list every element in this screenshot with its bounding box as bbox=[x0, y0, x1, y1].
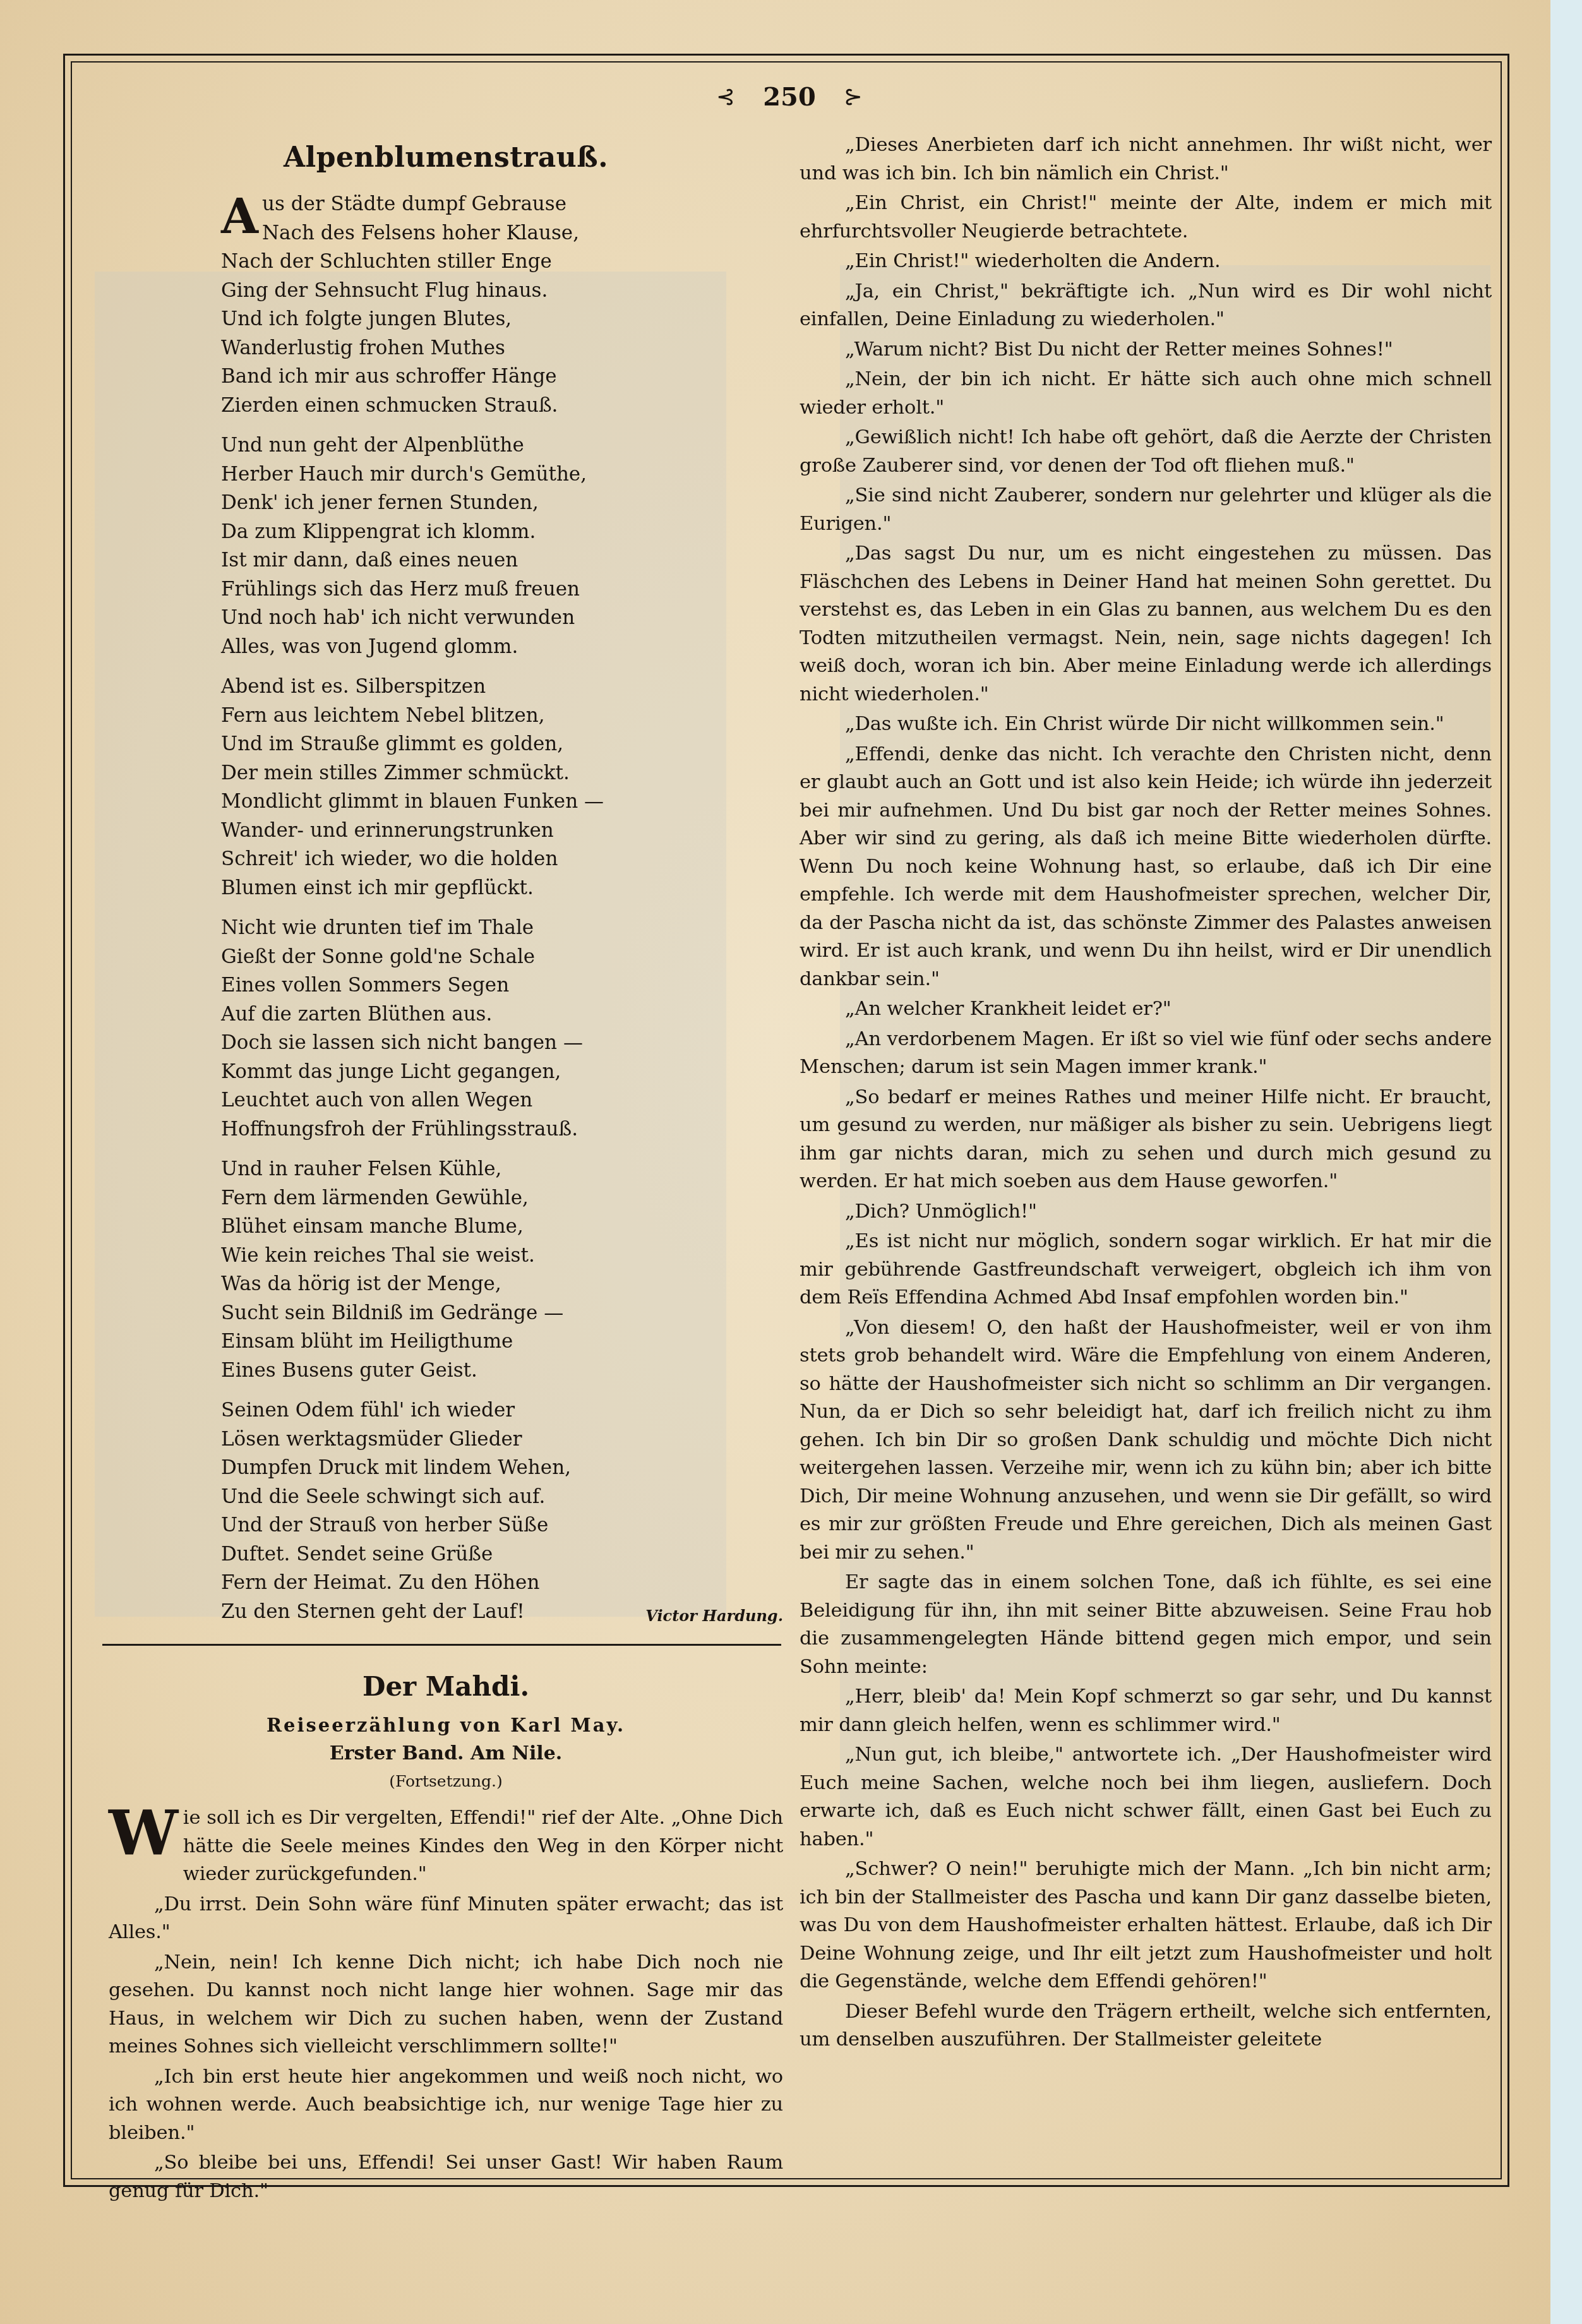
story-volume: Erster Band. Am Nile. bbox=[109, 1742, 783, 1764]
poem-line-text: Wander- und erinnerungstrunken bbox=[221, 819, 554, 842]
poem-line-text: Und die Seele schwingt sich auf. bbox=[221, 1485, 545, 1508]
poem-line: Was da hörig ist der Menge, bbox=[221, 1270, 783, 1299]
poem-line: Und der Strauß von herber Süße bbox=[221, 1511, 783, 1540]
story-paragraph: „So bedarf er meines Rathes und meiner H… bbox=[800, 1084, 1492, 1196]
poem-line-text: Schreit' ich wieder, wo die holden bbox=[221, 848, 558, 870]
story-paragraph: „Es ist nicht nur möglich, sondern sogar… bbox=[800, 1228, 1492, 1312]
poem-author: Victor Hardung. bbox=[645, 1598, 783, 1631]
poem-line: Und im Strauße glimmt es golden, bbox=[221, 730, 783, 759]
poem-line-text: Auf die zarten Blüthen aus. bbox=[221, 1003, 492, 1026]
poem-line-text: Herber Hauch mir durch's Gemüthe, bbox=[221, 463, 587, 486]
poem-line: Und nun geht der Alpenblüthe bbox=[221, 431, 783, 460]
section-divider bbox=[102, 1644, 781, 1646]
poem-line: Gießt der Sonne gold'ne Schale bbox=[221, 943, 783, 972]
story-paragraph: „Schwer? O nein!" beruhigte mich der Man… bbox=[800, 1855, 1492, 1996]
page-number: 250 bbox=[763, 82, 816, 112]
story-continuation: (Fortsetzung.) bbox=[109, 1772, 783, 1790]
story-paragraph: „Effendi, denke das nicht. Ich verachte … bbox=[800, 741, 1492, 994]
poem-line: Band ich mir aus schroffer Hänge bbox=[221, 362, 783, 392]
poem-title: Alpenblumenstrauß. bbox=[109, 141, 783, 174]
poem-last-line-row: Zu den Sternen geht der Lauf!Victor Hard… bbox=[221, 1598, 783, 1631]
poem-line: Und noch hab' ich nicht verwunden bbox=[221, 604, 783, 633]
poem-line: Und in rauher Felsen Kühle, bbox=[221, 1155, 783, 1184]
poem-line: Blühet einsam manche Blume, bbox=[221, 1213, 783, 1242]
ornament-right-icon: ⊱ bbox=[844, 84, 863, 110]
poem-line-text: Wanderlustig frohen Muthes bbox=[221, 337, 505, 359]
poem-line-text: Fern aus leichtem Nebel blitzen, bbox=[221, 704, 545, 727]
story-paragraph: „Ich bin erst heute hier angekommen und … bbox=[109, 2063, 783, 2148]
poem-stanza: Und in rauher Felsen Kühle,Fern dem lärm… bbox=[221, 1155, 783, 1385]
poem-line-text: Wie kein reiches Thal sie weist. bbox=[221, 1244, 535, 1267]
story-paragraph: „Das sagst Du nur, um es nicht eingesteh… bbox=[800, 540, 1492, 709]
left-column: Alpenblumenstrauß. Aus der Städte dumpf … bbox=[109, 126, 783, 2207]
poem-line: Zierden einen schmucken Strauß. bbox=[221, 392, 783, 421]
story-paragraph: „Ein Christ, ein Christ!" meinte der Alt… bbox=[800, 189, 1492, 246]
poem-line: Einsam blüht im Heiligthume bbox=[221, 1327, 783, 1357]
poem-line: Zu den Sternen geht der Lauf! bbox=[221, 1598, 525, 1631]
poem-line-text: Blühet einsam manche Blume, bbox=[221, 1215, 524, 1238]
story-paragraph: „Warum nicht? Bist Du nicht der Retter m… bbox=[800, 336, 1492, 364]
poem-stanza: Nicht wie drunten tief im ThaleGießt der… bbox=[221, 914, 783, 1144]
poem-line-text: Eines Busens guter Geist. bbox=[221, 1359, 477, 1382]
story-paragraph: „Ja, ein Christ," bekräftigte ich. „Nun … bbox=[800, 278, 1492, 334]
poem-line: Eines vollen Sommers Segen bbox=[221, 971, 783, 1000]
poem-line: Lösen werktagsmüder Glieder bbox=[221, 1425, 783, 1454]
poem-stanza: Abend ist es. SilberspitzenFern aus leic… bbox=[221, 673, 783, 902]
poem-line: Alles, was von Jugend glomm. bbox=[221, 633, 783, 662]
story-paragraph-text: „So bleibe bei uns, Effendi! Sei unser G… bbox=[109, 2152, 783, 2202]
story-paragraph: „Von diesem! O, den haßt der Haushofmeis… bbox=[800, 1314, 1492, 1567]
story-paragraph-text: „Ich bin erst heute hier angekommen und … bbox=[109, 2066, 783, 2144]
story-paragraph-text: „Nein, nein! Ich kenne Dich nicht; ich h… bbox=[109, 1951, 783, 2058]
poem-line-text: Und noch hab' ich nicht verwunden bbox=[221, 606, 575, 629]
poem-line: Fern der Heimat. Zu den Höhen bbox=[221, 1569, 783, 1598]
poem-line: Nach der Schluchten stiller Enge bbox=[221, 248, 783, 277]
story-paragraph: „Nein, nein! Ich kenne Dich nicht; ich h… bbox=[109, 1949, 783, 2061]
story-paragraph-text: ie soll ich es Dir vergelten, Effendi!" … bbox=[183, 1807, 783, 1885]
poem-stanza: Und nun geht der AlpenblütheHerber Hauch… bbox=[221, 431, 783, 661]
poem-stanza: Aus der Städte dumpf GebrauseNach des Fe… bbox=[221, 190, 783, 420]
story-title: Der Mahdi. bbox=[109, 1671, 783, 1702]
story-paragraph: „Das wußte ich. Ein Christ würde Dir nic… bbox=[800, 710, 1492, 739]
ornament-left-icon: ⊰ bbox=[716, 84, 735, 110]
poem-line: Nicht wie drunten tief im Thale bbox=[221, 914, 783, 943]
poem-line-text: Gießt der Sonne gold'ne Schale bbox=[221, 945, 535, 968]
poem-line-text: Und nun geht der Alpenblüthe bbox=[221, 434, 524, 457]
poem-line: Denk' ich jener fernen Stunden, bbox=[221, 489, 783, 518]
poem-line-text: Und der Strauß von herber Süße bbox=[221, 1514, 548, 1536]
poem-line: Auf die zarten Blüthen aus. bbox=[221, 1000, 783, 1029]
story-paragraph: „Dich? Unmöglich!" bbox=[800, 1198, 1492, 1226]
poem-line-text: Blumen einst ich mir gepflückt. bbox=[221, 877, 534, 899]
poem-line-text: Fern dem lärmenden Gewühle, bbox=[221, 1187, 529, 1209]
poem-line-text: us der Städte dumpf Gebrause bbox=[262, 193, 566, 215]
story-paragraph: „An welcher Krankheit leidet er?" bbox=[800, 995, 1492, 1024]
poem-line: Duftet. Sendet seine Grüße bbox=[221, 1540, 783, 1569]
poem-line: Frühlings sich das Herz muß freuen bbox=[221, 575, 783, 604]
poem-line: Seinen Odem fühl' ich wieder bbox=[221, 1396, 783, 1425]
poem-line: Ist mir dann, daß eines neuen bbox=[221, 546, 783, 575]
poem-line-text: Alles, was von Jugend glomm. bbox=[221, 635, 518, 658]
poem-stanza: Seinen Odem fühl' ich wiederLösen werkta… bbox=[221, 1396, 783, 1630]
story-paragraph: „So bleibe bei uns, Effendi! Sei unser G… bbox=[109, 2149, 783, 2205]
poem-line: Herber Hauch mir durch's Gemüthe, bbox=[221, 460, 783, 489]
poem-line-text: Zierden einen schmucken Strauß. bbox=[221, 394, 558, 417]
poem-line: Dumpfen Druck mit lindem Wehen, bbox=[221, 1454, 783, 1483]
poem-line: Da zum Klippengrat ich klomm. bbox=[221, 518, 783, 547]
poem-line-text: Einsam blüht im Heiligthume bbox=[221, 1330, 513, 1353]
poem-line-text: Ist mir dann, daß eines neuen bbox=[221, 549, 518, 572]
story-paragraph: „Herr, bleib' da! Mein Kopf schmerzt so … bbox=[800, 1683, 1492, 1739]
poem-line-text: Doch sie lassen sich nicht bangen — bbox=[221, 1031, 583, 1054]
poem-line: Nach des Felsens hoher Klause, bbox=[221, 219, 783, 248]
poem-line-text: Ging der Sehnsucht Flug hinaus. bbox=[221, 279, 548, 302]
poem-line-text: Fern der Heimat. Zu den Höhen bbox=[221, 1571, 539, 1594]
poem-line: Der mein stilles Zimmer schmückt. bbox=[221, 759, 783, 788]
poem-line-text: Sucht sein Bildniß im Gedränge — bbox=[221, 1302, 563, 1324]
story-paragraph: „Gewißlich nicht! Ich habe oft gehört, d… bbox=[800, 424, 1492, 480]
story-paragraph: „Du irrst. Dein Sohn wäre fünf Minuten s… bbox=[109, 1891, 783, 1947]
poem-line: Fern aus leichtem Nebel blitzen, bbox=[221, 702, 783, 731]
poem-line-text: Nach des Felsens hoher Klause, bbox=[262, 222, 579, 244]
poem-line-text: Frühlings sich das Herz muß freuen bbox=[221, 578, 580, 601]
story-subtitle: Reiseerzählung von Karl May. bbox=[109, 1715, 783, 1736]
poem-line-text: Leuchtet auch von allen Wegen bbox=[221, 1089, 532, 1111]
poem-line-text: Kommt das junge Licht gegangen, bbox=[221, 1060, 561, 1083]
poem-line: Mondlicht glimmt in blauen Funken — bbox=[221, 788, 783, 817]
poem-line-text: Band ich mir aus schroffer Hänge bbox=[221, 365, 557, 388]
poem-line-text: Dumpfen Druck mit lindem Wehen, bbox=[221, 1456, 571, 1479]
poem-line-text: Und im Strauße glimmt es golden, bbox=[221, 733, 563, 755]
story-paragraph: „An verdorbenem Magen. Er ißt so viel wi… bbox=[800, 1026, 1492, 1082]
poem-line-text: Nach der Schluchten stiller Enge bbox=[221, 250, 552, 273]
story-paragraph: „Sie sind nicht Zauberer, sondern nur ge… bbox=[800, 482, 1492, 538]
poem-line: Wander- und erinnerungstrunken bbox=[221, 817, 783, 846]
story-paragraph: „Ein Christ!" wiederholten die Andern. bbox=[800, 248, 1492, 276]
poem: Aus der Städte dumpf GebrauseNach des Fe… bbox=[221, 190, 783, 1630]
poem-line-text: Da zum Klippengrat ich klomm. bbox=[221, 520, 536, 543]
poem-line-text: Seinen Odem fühl' ich wieder bbox=[221, 1399, 515, 1422]
page-header: ⊰ 250 ⊱ bbox=[695, 82, 884, 112]
poem-dropcap: A bbox=[221, 193, 258, 241]
poem-line: Kommt das junge Licht gegangen, bbox=[221, 1058, 783, 1087]
story-text-left: Wie soll ich es Dir vergelten, Effendi!"… bbox=[109, 1804, 783, 2205]
right-column: „Dieses Anerbieten darf ich nicht annehm… bbox=[800, 131, 1492, 2056]
poem-line: Doch sie lassen sich nicht bangen — bbox=[221, 1029, 783, 1058]
poem-line: Und ich folgte jungen Blutes, bbox=[221, 305, 783, 334]
poem-line: Wie kein reiches Thal sie weist. bbox=[221, 1242, 783, 1271]
story-dropcap: W bbox=[109, 1806, 178, 1861]
poem-line-text: Duftet. Sendet seine Grüße bbox=[221, 1543, 493, 1566]
story-paragraph-text: „Du irrst. Dein Sohn wäre fünf Minuten s… bbox=[109, 1893, 783, 1944]
poem-line-text: Denk' ich jener fernen Stunden, bbox=[221, 491, 539, 514]
poem-line: us der Städte dumpf Gebrause bbox=[221, 190, 783, 219]
story-paragraph: Dieser Befehl wurde den Trägern ertheilt… bbox=[800, 1998, 1492, 2054]
poem-line: Sucht sein Bildniß im Gedränge — bbox=[221, 1299, 783, 1328]
poem-line-text: Was da hörig ist der Menge, bbox=[221, 1273, 501, 1295]
poem-line-text: Abend ist es. Silberspitzen bbox=[221, 675, 486, 698]
poem-line: Leuchtet auch von allen Wegen bbox=[221, 1086, 783, 1115]
poem-line: Eines Busens guter Geist. bbox=[221, 1357, 783, 1386]
poem-line-text: Hoffnungsfroh der Frühlingsstrauß. bbox=[221, 1118, 578, 1141]
poem-line-text: Lösen werktagsmüder Glieder bbox=[221, 1428, 522, 1451]
poem-line: Hoffnungsfroh der Frühlingsstrauß. bbox=[221, 1115, 783, 1144]
poem-line: Fern dem lärmenden Gewühle, bbox=[221, 1184, 783, 1213]
poem-line: Abend ist es. Silberspitzen bbox=[221, 673, 783, 702]
story-paragraph: Wie soll ich es Dir vergelten, Effendi!"… bbox=[109, 1804, 783, 1889]
poem-line-text: Eines vollen Sommers Segen bbox=[221, 974, 509, 997]
story-paragraph: „Nein, der bin ich nicht. Er hätte sich … bbox=[800, 366, 1492, 422]
poem-line-text: Und in rauher Felsen Kühle, bbox=[221, 1158, 501, 1180]
story-paragraph: Er sagte das in einem solchen Tone, daß … bbox=[800, 1569, 1492, 1681]
poem-line: Wanderlustig frohen Muthes bbox=[221, 334, 783, 363]
poem-line-text: Der mein stilles Zimmer schmückt. bbox=[221, 762, 570, 784]
poem-line-text: Mondlicht glimmt in blauen Funken — bbox=[221, 790, 604, 813]
poem-line-text: Nicht wie drunten tief im Thale bbox=[221, 916, 534, 939]
story-paragraph: „Dieses Anerbieten darf ich nicht annehm… bbox=[800, 131, 1492, 188]
story-text-right: „Dieses Anerbieten darf ich nicht annehm… bbox=[800, 131, 1492, 2054]
poem-line: Ging der Sehnsucht Flug hinaus. bbox=[221, 277, 783, 306]
story-paragraph: „Nun gut, ich bleibe," antwortete ich. „… bbox=[800, 1741, 1492, 1854]
poem-line: Blumen einst ich mir gepflückt. bbox=[221, 874, 783, 903]
poem-line: Und die Seele schwingt sich auf. bbox=[221, 1483, 783, 1512]
poem-line: Schreit' ich wieder, wo die holden bbox=[221, 845, 783, 874]
poem-line-text: Und ich folgte jungen Blutes, bbox=[221, 308, 512, 330]
